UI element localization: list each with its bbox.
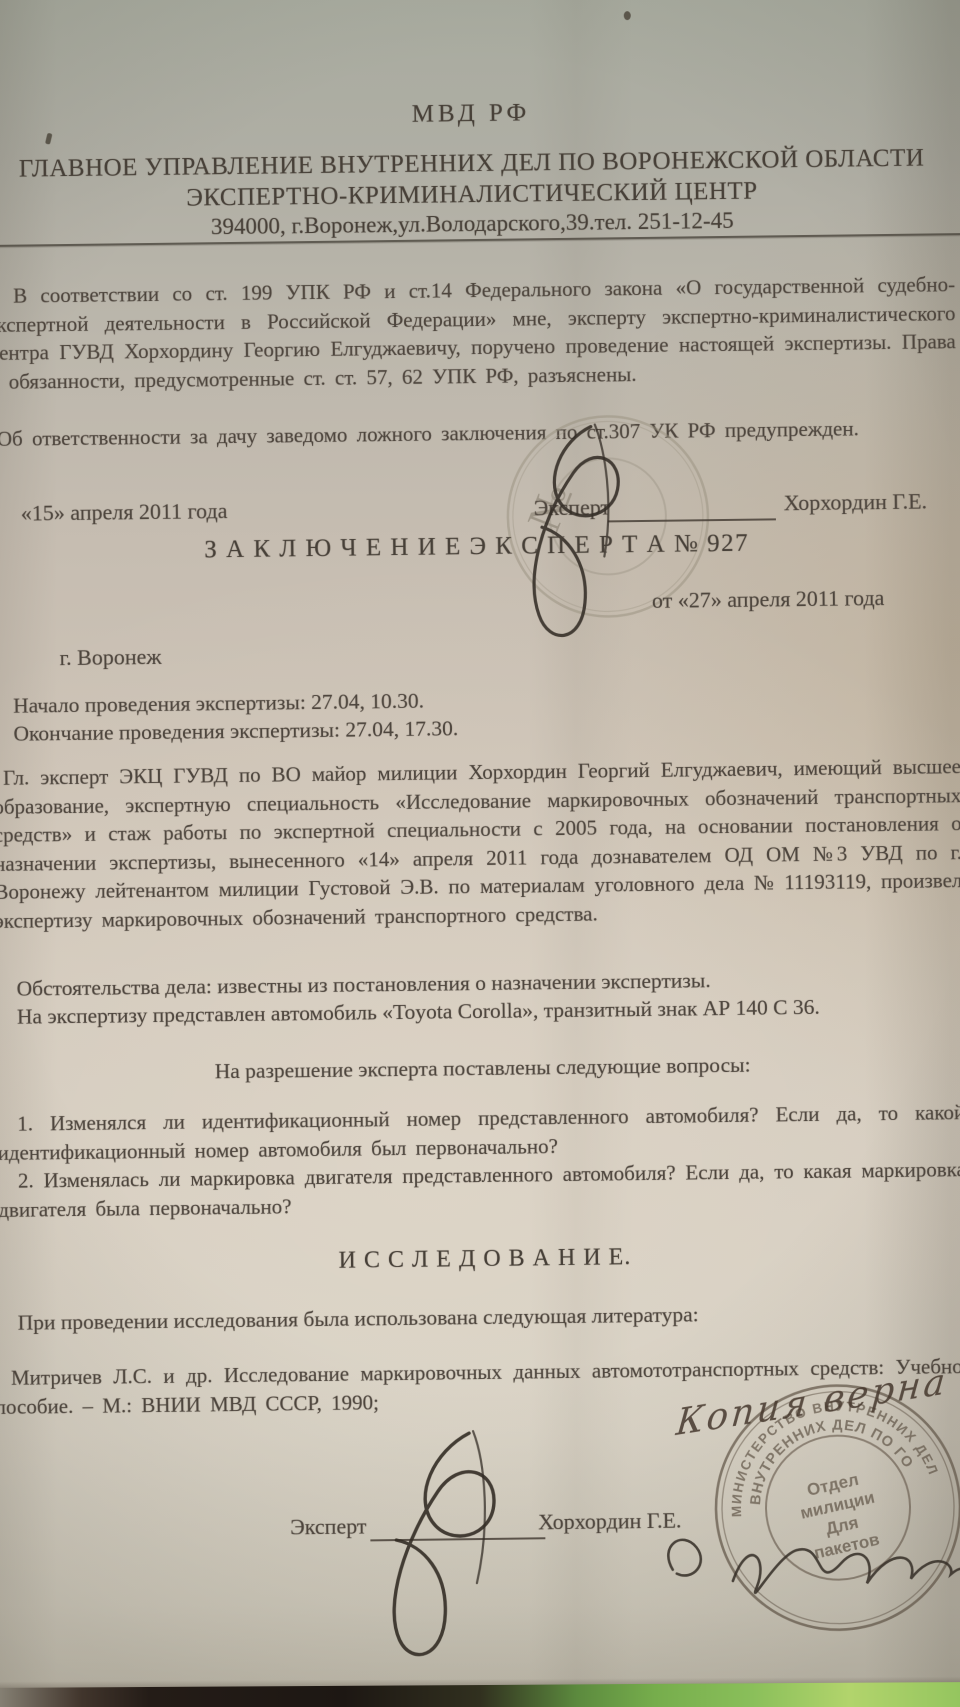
expertise-start-time: Начало проведения экспертизы: 27.04, 10.… [13, 689, 424, 719]
paper-speck [624, 11, 631, 20]
document-page: МВД РФ ГЛАВНОЕ УПРАВЛЕНИЕ ВНУТРЕННИХ ДЕЛ… [0, 0, 960, 1707]
intro-paragraph: В соответствии со ст. 199 УПК РФ и ст.14… [0, 270, 956, 396]
document-date: от «27» апреля 2011 года [652, 585, 885, 614]
expertise-end-time: Окончание проведения экспертизы: 27.04, … [13, 716, 458, 746]
photographed-document: МВД РФ ГЛАВНОЕ УПРАВЛЕНИЕ ВНУТРЕННИХ ДЕЛ… [0, 0, 960, 1707]
org-title-mvd: МВД РФ [0, 94, 951, 134]
questions-heading: На разрешение эксперта поставлены следую… [3, 1050, 960, 1087]
expert-signature-bottom [337, 1414, 550, 1667]
city-label: г. Воронеж [59, 644, 161, 671]
question-2: 2. Изменялась ли маркировка двигателя пр… [0, 1155, 960, 1224]
handwritten-scribble [648, 1514, 960, 1628]
research-heading: И С С Л Е Д О В А Н И Е. [5, 1240, 960, 1279]
expert-name-top: Хорхордин Г.Е. [784, 489, 928, 517]
expert-credentials-paragraph: Гл. эксперт ЭКЦ ГУВД по ВО майор милиции… [0, 752, 960, 935]
paper-speck [45, 133, 52, 145]
liability-paragraph: Об ответственности за дачу заведомо ложн… [0, 413, 957, 453]
literature-intro: При проведении исследования была использ… [18, 1302, 699, 1335]
report-date-assigned: «15» апреля 2011 года [21, 498, 228, 527]
